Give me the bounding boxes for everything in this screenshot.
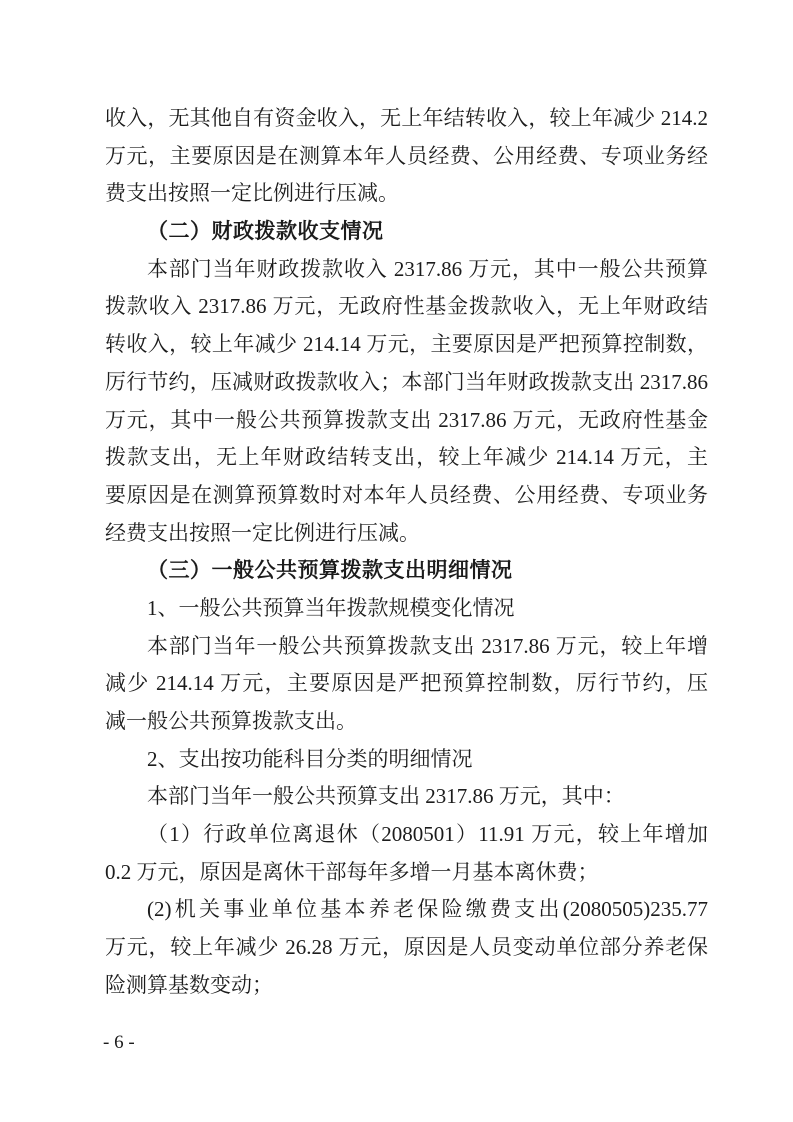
text-line: 万元，主要原因是在测算本年人员经费、公用经费、专项业务经 bbox=[105, 138, 708, 176]
text-line: 险测算基数变动； bbox=[105, 967, 708, 1005]
heading-section-3-public-budget-expenditure-detail: （三）一般公共预算拨款支出明细情况 bbox=[105, 552, 708, 590]
text-line: （三）一般公共预算拨款支出明细情况 bbox=[105, 552, 708, 590]
para-item-2-title: 2、支出按功能科目分类的明细情况 bbox=[105, 741, 708, 779]
text-line: 1、一般公共预算当年拨款规模变化情况 bbox=[105, 590, 708, 628]
text-line: 2、支出按功能科目分类的明细情况 bbox=[105, 741, 708, 779]
document-body: 收入，无其他自有资金收入，无上年结转收入，较上年减少 214.2万元，主要原因是… bbox=[105, 100, 708, 1005]
text-line: 减少 214.14 万元，主要原因是严把预算控制数，厉行节约，压 bbox=[105, 665, 708, 703]
text-line: 万元，较上年减少 26.28 万元，原因是人员变动单位部分养老保 bbox=[105, 929, 708, 967]
text-line: 厉行节约，压减财政拨款收入；本部门当年财政拨款支出 2317.86 bbox=[105, 364, 708, 402]
text-line: （1）行政单位离退休（2080501）11.91 万元，较上年增加 bbox=[105, 816, 708, 854]
para-budget-total: 本部门当年一般公共预算支出 2317.86 万元，其中： bbox=[105, 778, 708, 816]
text-line: 0.2 万元，原因是离休干部每年多增一月基本离休费； bbox=[105, 854, 708, 892]
text-line: 拨款支出，无上年财政结转支出，较上年减少 214.14 万元，主 bbox=[105, 439, 708, 477]
text-line: 费支出按照一定比例进行压减。 bbox=[105, 175, 708, 213]
text-line: 减一般公共预算拨款支出。 bbox=[105, 703, 708, 741]
text-line: 本部门当年一般公共预算支出 2317.86 万元，其中： bbox=[105, 778, 708, 816]
para-appropriation-scale-change: 本部门当年一般公共预算拨款支出 2317.86 万元，较上年增减少 214.14… bbox=[105, 628, 708, 741]
text-line: 本部门当年财政拨款收入 2317.86 万元，其中一般公共预算 bbox=[105, 251, 708, 289]
text-line: 收入，无其他自有资金收入，无上年结转收入，较上年减少 214.2 bbox=[105, 100, 708, 138]
text-line: 要原因是在测算预算数时对本年人员经费、公用经费、专项业务 bbox=[105, 477, 708, 515]
text-line: （二）财政拨款收支情况 bbox=[105, 213, 708, 251]
para-carryover-from-previous-page: 收入，无其他自有资金收入，无上年结转收入，较上年减少 214.2万元，主要原因是… bbox=[105, 100, 708, 213]
page-number: - 6 - bbox=[103, 1031, 135, 1055]
para-detail-item-2-pension: (2)机关事业单位基本养老保险缴费支出(2080505)235.77万元，较上年… bbox=[105, 891, 708, 1004]
para-fiscal-appropriation-detail: 本部门当年财政拨款收入 2317.86 万元，其中一般公共预算拨款收入 2317… bbox=[105, 251, 708, 553]
para-item-1-title: 1、一般公共预算当年拨款规模变化情况 bbox=[105, 590, 708, 628]
text-line: (2)机关事业单位基本养老保险缴费支出(2080505)235.77 bbox=[105, 891, 708, 929]
text-line: 经费支出按照一定比例进行压减。 bbox=[105, 515, 708, 553]
para-detail-item-1-retirement: （1）行政单位离退休（2080501）11.91 万元，较上年增加0.2 万元，… bbox=[105, 816, 708, 891]
text-line: 转收入，较上年减少 214.14 万元，主要原因是严把预算控制数， bbox=[105, 326, 708, 364]
text-line: 拨款收入 2317.86 万元，无政府性基金拨款收入，无上年财政结 bbox=[105, 288, 708, 326]
text-line: 万元，其中一般公共预算拨款支出 2317.86 万元，无政府性基金 bbox=[105, 402, 708, 440]
heading-section-2-fiscal-appropriation: （二）财政拨款收支情况 bbox=[105, 213, 708, 251]
document-page: 收入，无其他自有资金收入，无上年结转收入，较上年减少 214.2万元，主要原因是… bbox=[0, 0, 793, 1122]
text-line: 本部门当年一般公共预算拨款支出 2317.86 万元，较上年增 bbox=[105, 628, 708, 666]
